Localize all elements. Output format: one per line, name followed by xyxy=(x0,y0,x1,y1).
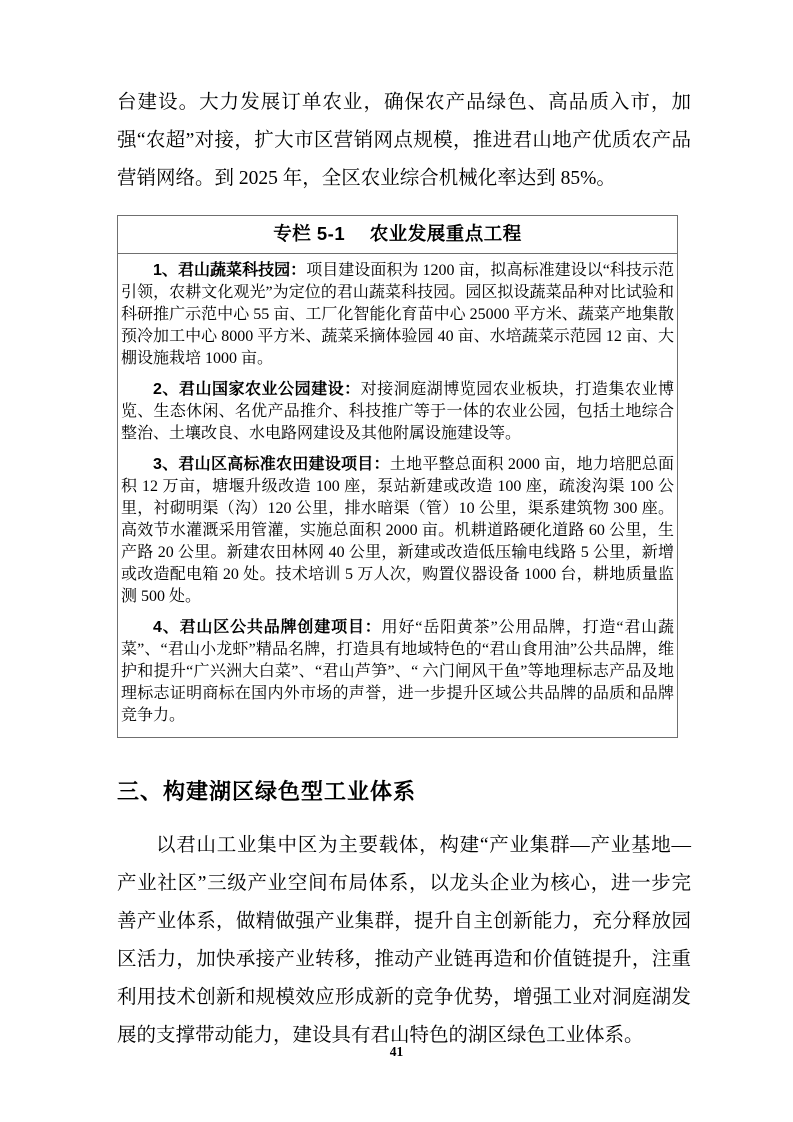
intro-paragraph: 台建设。大力发展订单农业，确保农产品绿色、高品质入市，加强“农超”对接，扩大市区… xyxy=(117,84,691,198)
box-item-1: 1、君山蔬菜科技园：项目建设面积为 1200 亩，拟高标准建设以“科技示范引领，… xyxy=(121,260,674,370)
box-item-2: 2、君山国家农业公园建设：对接洞庭湖博览园农业板块，打造集农业博览、生态休闲、名… xyxy=(121,379,674,445)
box-item-4-lead: 4、君山区公共品牌创建项目： xyxy=(153,619,382,636)
page-number: 41 xyxy=(0,1044,793,1060)
section-heading: 三、构建湖区绿色型工业体系 xyxy=(117,775,691,808)
box-item-1-lead: 1、君山蔬菜科技园： xyxy=(153,262,306,279)
box-item-4: 4、君山区公共品牌创建项目：用好“岳阳黄茶”公用品牌，打造“君山蔬菜”、“君山小… xyxy=(121,617,674,727)
feature-box-title: 专栏 5-1 农业发展重点工程 xyxy=(118,216,677,254)
box-item-3-lead: 3、君山区高标准农田建设项目： xyxy=(153,456,390,473)
feature-box: 专栏 5-1 农业发展重点工程 1、君山蔬菜科技园：项目建设面积为 1200 亩… xyxy=(117,215,678,738)
document-page: 台建设。大力发展订单农业，确保农产品绿色、高品质入市，加强“农超”对接，扩大市区… xyxy=(0,0,793,1122)
section-paragraph: 以君山工业集中区为主要载体，构建“产业集群—产业基地—产业社区”三级产业空间布局… xyxy=(117,827,691,1055)
box-item-3: 3、君山区高标准农田建设项目：土地平整总面积 2000 亩，地力培肥总面积 12… xyxy=(121,454,674,608)
feature-box-body: 1、君山蔬菜科技园：项目建设面积为 1200 亩，拟高标准建设以“科技示范引领，… xyxy=(118,254,677,737)
page-content: 台建设。大力发展订单农业，确保农产品绿色、高品质入市，加强“农超”对接，扩大市区… xyxy=(0,0,793,1055)
box-item-2-lead: 2、君山国家农业公园建设： xyxy=(153,381,361,398)
box-item-3-text: 土地平整总面积 2000 亩，地力培肥总面积 12 万亩，塘堰升级改造 100 … xyxy=(121,456,674,605)
